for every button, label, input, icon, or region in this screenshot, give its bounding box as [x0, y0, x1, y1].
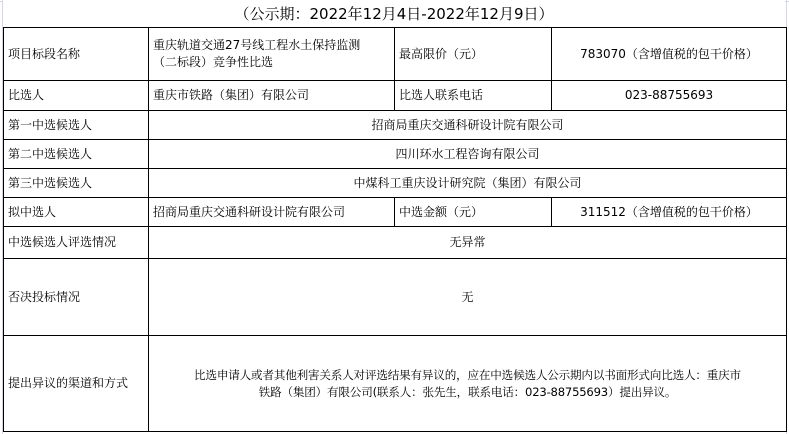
table-row-rejection: 否决投标情况 无	[4, 259, 787, 336]
rejection-value: 无	[149, 259, 787, 336]
project-name-label: 项目标段名称	[4, 28, 149, 81]
selection-result-table: 项目标段名称 重庆轨道交通27号线工程水土保持监测 （二标段）竞争性比选 最高限…	[3, 27, 787, 432]
table-row-objection: 提出异议的渠道和方式 比选申请人或者其他利害关系人对评选结果有异议的，应在中选候…	[4, 336, 787, 432]
candidate2-value: 四川环水工程咨询有限公司	[149, 140, 787, 169]
selector-phone-value: 023-88755693	[552, 81, 787, 111]
proposed-winner-value: 招商局重庆交通科研设计院有限公司	[149, 198, 395, 227]
selector-label: 比选人	[4, 81, 149, 111]
max-price-label: 最高限价（元）	[395, 28, 552, 81]
table-row-selector: 比选人 重庆市铁路（集团）有限公司 比选人联系电话 023-88755693	[4, 81, 787, 111]
max-price-value: 783070（含增值税的包干价格）	[552, 28, 787, 81]
table-row-project: 项目标段名称 重庆轨道交通27号线工程水土保持监测 （二标段）竞争性比选 最高限…	[4, 28, 787, 81]
objection-line2: 铁路（集团）有限公司(联系人：张先生，联系电话：023-88755693）提出异…	[153, 384, 782, 401]
table-row-proposed: 拟中选人 招商局重庆交通科研设计院有限公司 中选金额（元） 311512（含增值…	[4, 198, 787, 227]
proposed-winner-label: 拟中选人	[4, 198, 149, 227]
selector-value: 重庆市铁路（集团）有限公司	[149, 81, 395, 111]
evaluation-label: 中选候选人评选情况	[4, 227, 149, 259]
evaluation-value: 无异常	[149, 227, 787, 259]
publicity-period-title: （公示期：2022年12月4日-2022年12月9日）	[3, 1, 785, 27]
table-row-candidate3: 第三中选候选人 中煤科工重庆设计研究院（集团）有限公司	[4, 169, 787, 198]
candidate1-label: 第一中选候选人	[4, 111, 149, 140]
objection-label: 提出异议的渠道和方式	[4, 336, 149, 432]
candidate2-label: 第二中选候选人	[4, 140, 149, 169]
objection-line1: 比选申请人或者其他利害关系人对评选结果有异议的，应在中选候选人公示期内以书面形式…	[153, 367, 782, 384]
rejection-label: 否决投标情况	[4, 259, 149, 336]
project-name-line2: （二标段）竞争性比选	[153, 54, 390, 71]
candidate3-value: 中煤科工重庆设计研究院（集团）有限公司	[149, 169, 787, 198]
project-name-line1: 重庆轨道交通27号线工程水土保持监测	[153, 37, 390, 54]
objection-value: 比选申请人或者其他利害关系人对评选结果有异议的，应在中选候选人公示期内以书面形式…	[149, 336, 787, 432]
winning-amount-label: 中选金额（元）	[395, 198, 552, 227]
candidate3-label: 第三中选候选人	[4, 169, 149, 198]
table-row-candidate2: 第二中选候选人 四川环水工程咨询有限公司	[4, 140, 787, 169]
project-name-value: 重庆轨道交通27号线工程水土保持监测 （二标段）竞争性比选	[149, 28, 395, 81]
table-row-candidate1: 第一中选候选人 招商局重庆交通科研设计院有限公司	[4, 111, 787, 140]
winning-amount-value: 311512（含增值税的包干价格）	[552, 198, 787, 227]
selector-phone-label: 比选人联系电话	[395, 81, 552, 111]
candidate1-value: 招商局重庆交通科研设计院有限公司	[149, 111, 787, 140]
table-row-evaluation: 中选候选人评选情况 无异常	[4, 227, 787, 259]
